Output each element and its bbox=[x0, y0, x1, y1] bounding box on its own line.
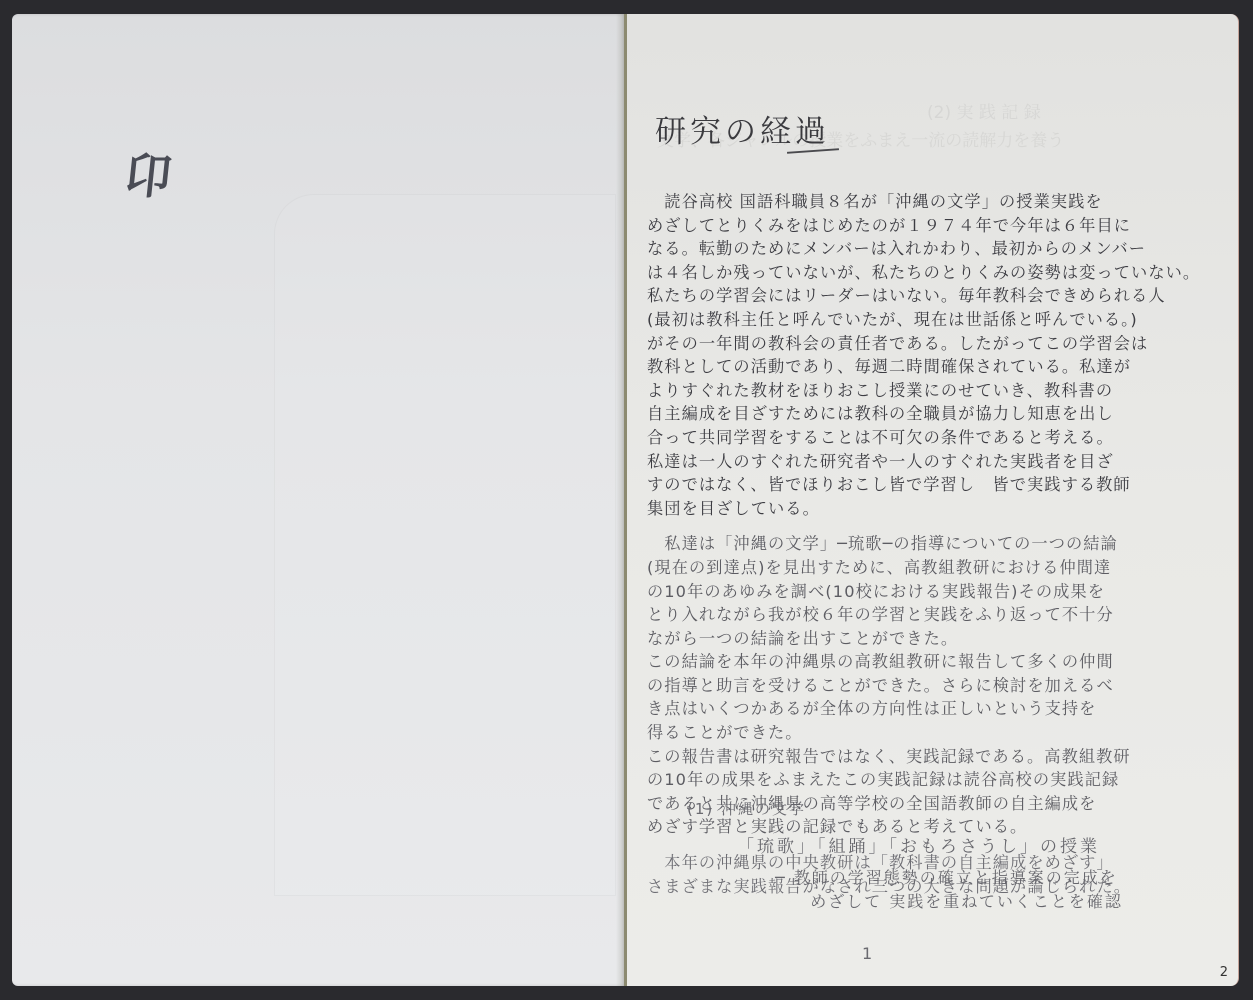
book-spread: 卬 (2) 実 践 記 録 文学、各ジャンルの授業をふまえ一流の読解力を養う 研… bbox=[12, 14, 1238, 986]
text-line: き点はいくつかあるが全体の方向性は正しいという支持を bbox=[647, 697, 1177, 721]
text-line: めざしてとりくみをはじめたのが１９７４年で今年は６年目に bbox=[647, 214, 1177, 238]
text-line: ─ 教師の学習態勢の確立と指導案の完成を bbox=[775, 866, 1123, 890]
text-line: 自主編成を目ざすためには教科の全職員が協力し知恵を出し bbox=[647, 402, 1177, 426]
text-line: 得ることができた。 bbox=[647, 721, 1177, 745]
text-line: の10年のあゆみを調べ(10校における実践報告)その成果を bbox=[647, 580, 1177, 604]
text-line: 私達は一人のすぐれた研究者や一人のすぐれた実践者を目ざ bbox=[647, 450, 1177, 474]
section-heading: (1) 沖縄の文学 bbox=[687, 798, 806, 819]
text-line: (最初は教科主任と呼んでいたが、現在は世話係と呼んでいる。) bbox=[647, 308, 1177, 332]
text-line: 合って共同学習をすることは不可欠の条件であると考える。 bbox=[647, 426, 1177, 450]
text-line: 私達は「沖縄の文学」─琉歌─の指導についての一つの結論 bbox=[647, 532, 1177, 556]
text-line: は４名しか残っていないが、私たちのとりくみの姿勢は変っていない。 bbox=[647, 261, 1177, 285]
page-title: 研究の経過 bbox=[655, 106, 830, 151]
body-text: 読谷高校 国語科職員８名が「沖縄の文学」の授業実践を めざしてとりくみをはじめた… bbox=[647, 190, 1177, 898]
text-line: 私たちの学習会にはリーダーはいない。毎年教科会できめられる人 bbox=[647, 284, 1177, 308]
text-line: この結論を本年の沖縄県の高教組教研に報告して多くの仲間 bbox=[647, 650, 1177, 674]
handwritten-mark: 卬 bbox=[120, 138, 171, 207]
text-line: なる。転勤のためにメンバーは入れかわり、最初からのメンバー bbox=[647, 237, 1177, 261]
text-line: すのではなく、皆でほりおこし皆で学習し 皆で実践する教師 bbox=[647, 473, 1177, 497]
text-line: がその一年間の教科会の責任者である。したがってこの学習会は bbox=[647, 332, 1177, 356]
paragraph-2: 私達は「沖縄の文学」─琉歌─の指導についての一つの結論 (現在の到達点)を見出す… bbox=[647, 532, 1177, 839]
section-subheading: 「琉歌」「組踊」「おもろさうし」の授業 bbox=[737, 832, 1100, 857]
page-number: 1 bbox=[862, 944, 872, 963]
paragraph-1: 読谷高校 国語科職員８名が「沖縄の文学」の授業実践を めざしてとりくみをはじめた… bbox=[647, 190, 1177, 520]
bleed-through-shape bbox=[274, 194, 616, 896]
text-line: の指導と助言を受けることができた。さらに検討を加えるべ bbox=[647, 674, 1177, 698]
section-notes: ─ 教師の学習態勢の確立と指導案の完成を めざして 実践を重ねていくことを確認 bbox=[775, 866, 1123, 914]
right-page: (2) 実 践 記 録 文学、各ジャンルの授業をふまえ一流の読解力を養う 研究の… bbox=[627, 14, 1239, 986]
text-line: 集団を目ざしている。 bbox=[647, 497, 1177, 521]
bleed-through-text: (2) 実 践 記 録 bbox=[927, 98, 1041, 123]
text-line: (現在の到達点)を見出すために、高教組教研における仲間達 bbox=[647, 556, 1177, 580]
text-line: めざして 実践を重ねていくことを確認 bbox=[775, 890, 1123, 914]
text-line: とり入れながら我が校６年の学習と実践をふり返って不十分 bbox=[647, 603, 1177, 627]
left-page: 卬 bbox=[12, 14, 626, 986]
text-line: 読谷高校 国語科職員８名が「沖縄の文学」の授業実践を bbox=[647, 190, 1177, 214]
text-line: 教科としての活動であり、毎週二時間確保されている。私達が bbox=[647, 355, 1177, 379]
corner-page-number: 2 bbox=[1220, 965, 1228, 980]
text-line: ながら一つの結論を出すことができた。 bbox=[647, 627, 1177, 651]
text-line: よりすぐれた教材をほりおこし授業にのせていき、教科書の bbox=[647, 379, 1177, 403]
text-line: の10年の成果をふまえたこの実践記録は読谷高校の実践記録 bbox=[647, 768, 1177, 792]
text-line: この報告書は研究報告ではなく、実践記録である。高教組教研 bbox=[647, 745, 1177, 769]
